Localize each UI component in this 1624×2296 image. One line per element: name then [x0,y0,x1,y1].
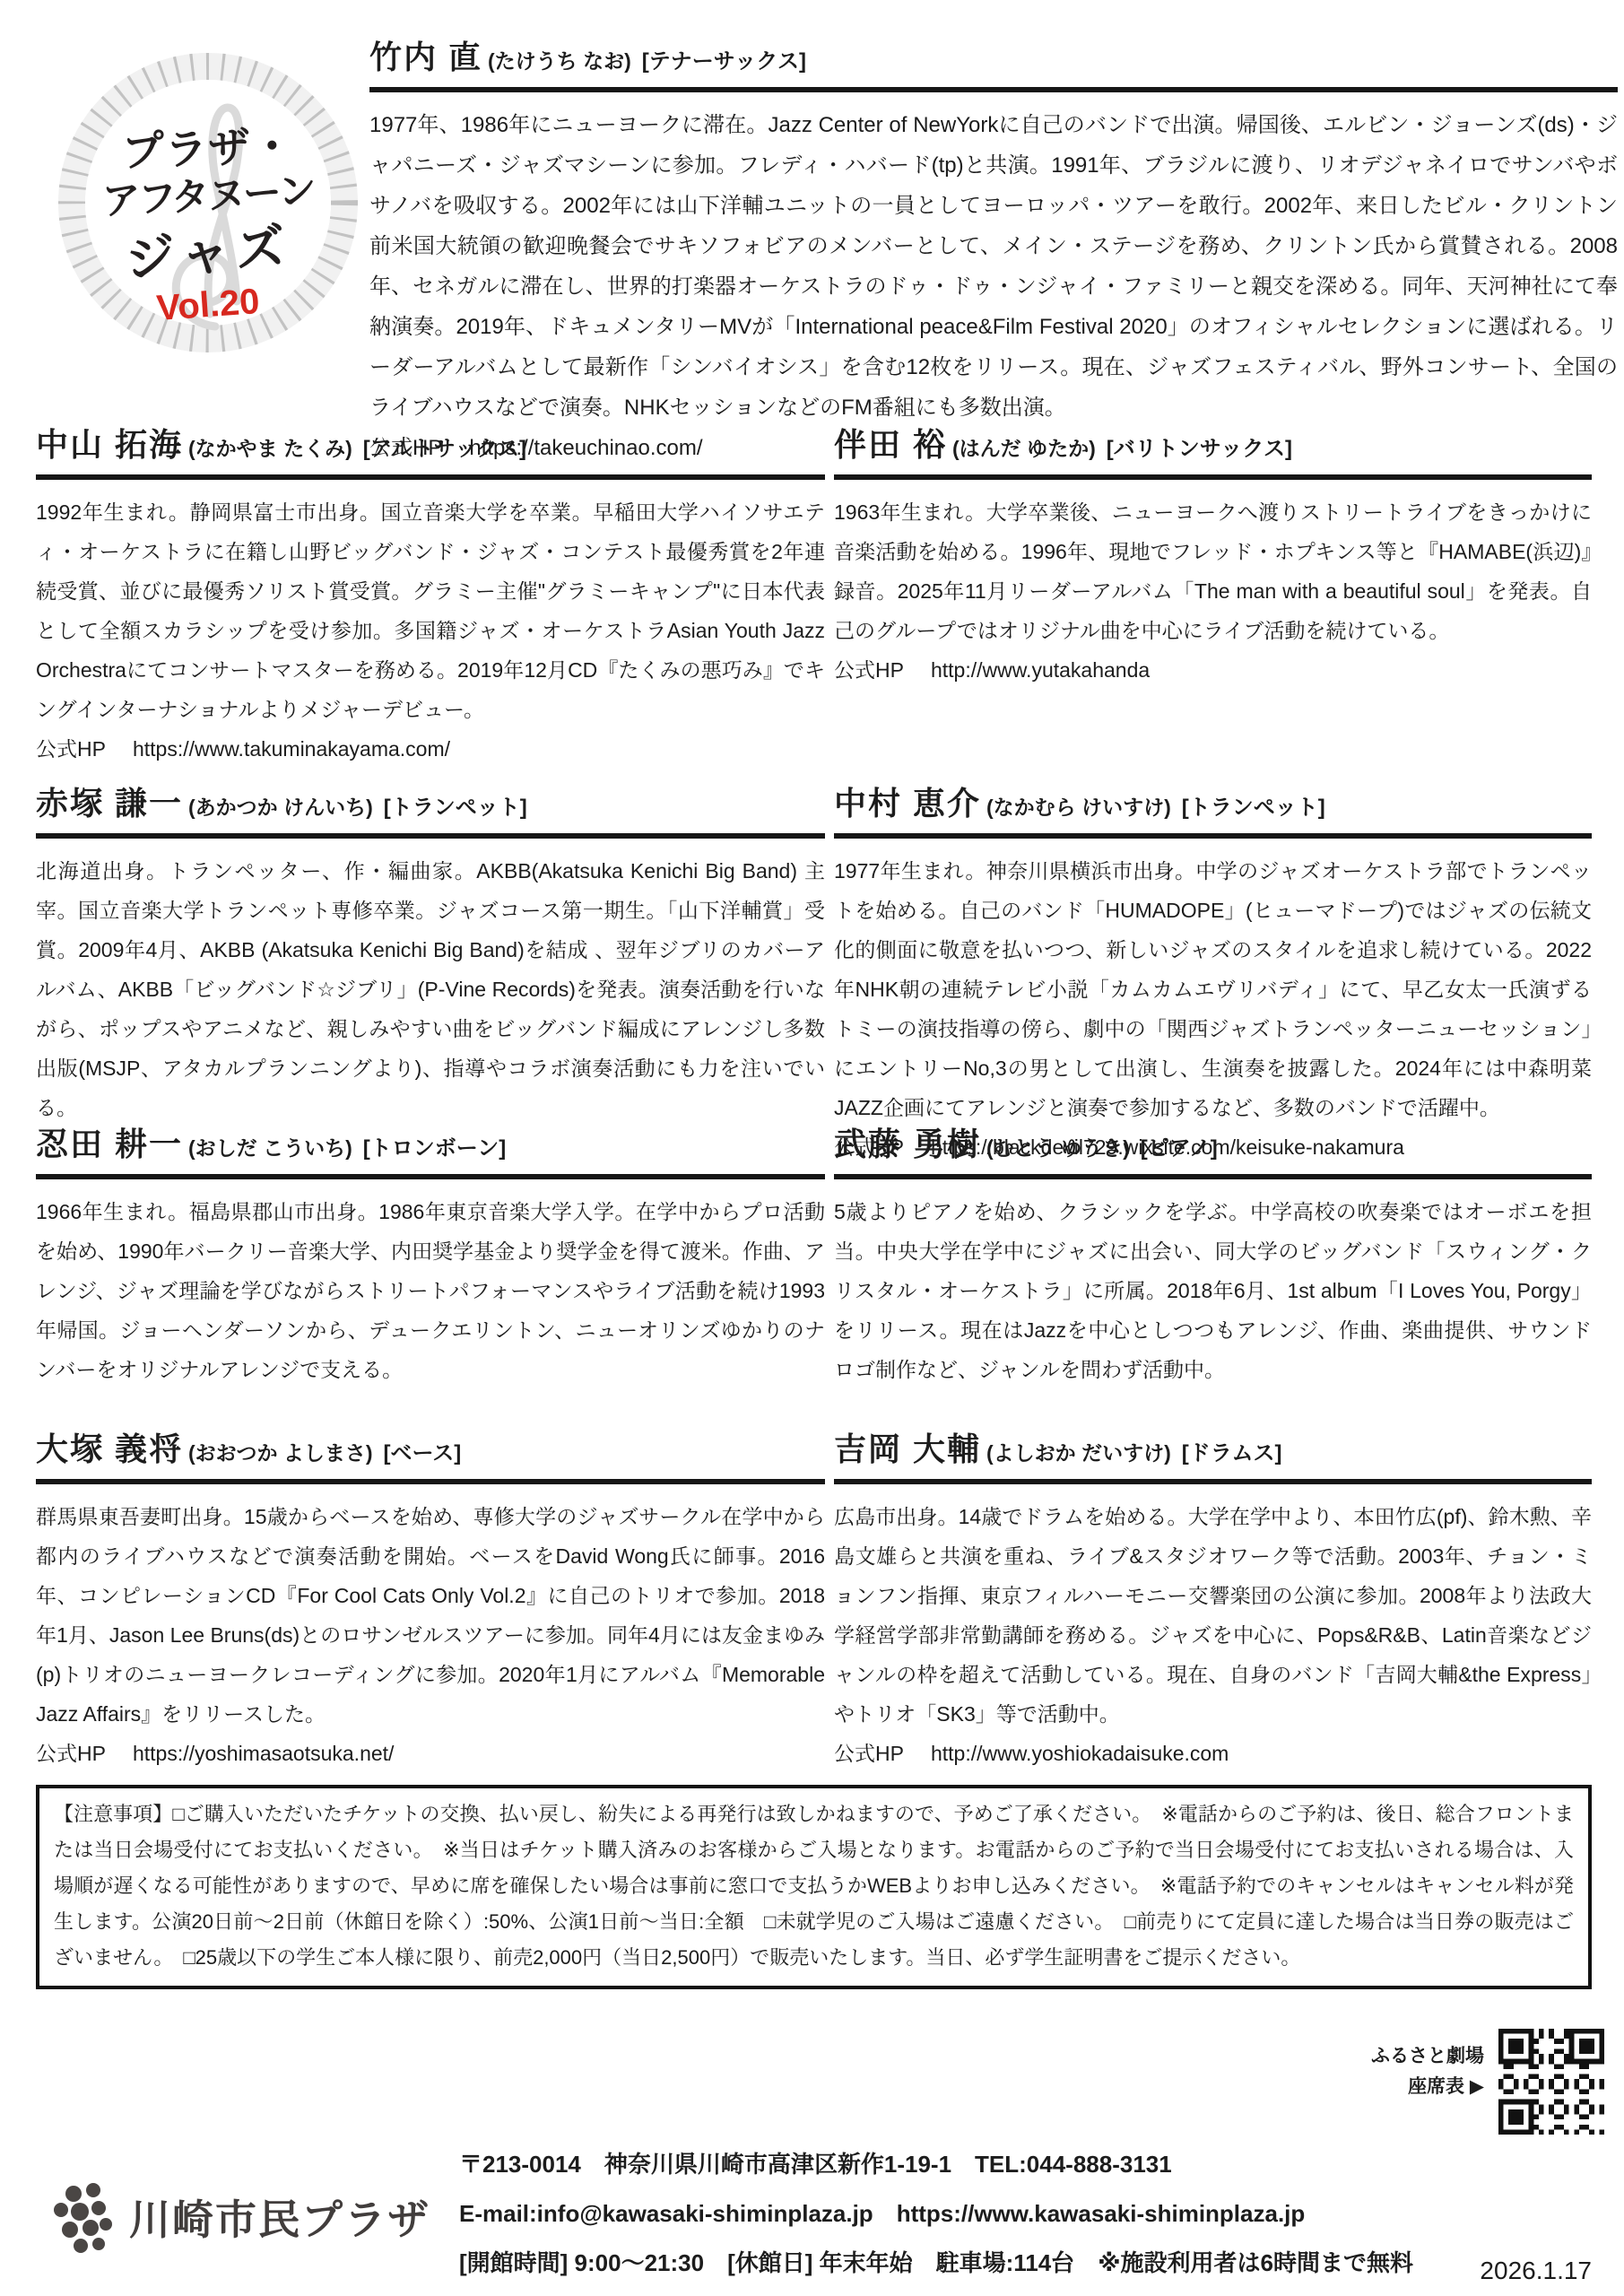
musician-reading: (なかやま たくみ) [188,432,352,462]
venue-name: 川崎市民プラザ [129,2187,430,2247]
venue-hours: [開館時間] 9:00～21:30 [休館日] 年末年始 駐車場:114台 ※施… [459,2239,1413,2288]
event-logo: プラザ・ アフタヌーン ジャズ Vol.20 [57,52,359,353]
profile-otsuka: 大塚 義将 (おおつか よしまさ) [ベース] 群馬県東吾妻町出身。15歳からベ… [36,1424,825,1773]
musician-name: 赤塚 謙一 [36,778,183,824]
venue-contact[interactable]: E-mail:info@kawasaki-shiminplaza.jp http… [459,2189,1413,2239]
notice-text: 【注意事項】□ご購入いただいたチケットの交換、払い戻し、紛失による再発行は致しか… [54,1796,1574,1976]
profile-nakamura: 中村 恵介 (なかむら けいすけ) [トランペット] 1977年生まれ。神奈川県… [834,778,1592,1119]
musician-instrument: [トランペット] [384,789,527,821]
musician-bio: 1992年生まれ。静岡県富士市出身。国立音楽大学を卒業。早稲田大学ハイソサエティ… [36,492,825,729]
official-site-url[interactable]: https://www.takuminakayama.com/ [133,737,450,761]
profile-header: 武藤 勇樹 (むとう ゆうき) [ピアノ] [834,1119,1592,1179]
profile-nakayama: 中山 拓海 (なかやま たくみ) [アルトサックス] 1992年生まれ。静岡県富… [36,420,825,778]
profile-takeuchi: 竹内 直 (たけうち なお) [テナーサックス] 1977年、1986年にニュー… [369,32,1618,468]
musician-name: 伴田 裕 [834,420,947,465]
profile-header: 大塚 義将 (おおつか よしまさ) [ベース] [36,1424,825,1484]
dot-cluster-icon [50,2179,115,2255]
profile-header: 伴田 裕 (はんだ ゆたか) [バリトンサックス] [834,420,1592,480]
official-site-row: 公式HPhttp://www.yutakahanda [834,650,1592,690]
profile-handa: 伴田 裕 (はんだ ゆたか) [バリトンサックス] 1963年生まれ。大学卒業後… [834,420,1592,778]
musician-instrument: [ドラムス] [1182,1435,1282,1466]
musician-name: 武藤 勇樹 [834,1119,981,1165]
profile-akatsuka: 赤塚 謙一 (あかつか けんいち) [トランペット] 北海道出身。トランペッター… [36,778,825,1119]
profile-header: 吉岡 大輔 (よしおか だいすけ) [ドラムス] [834,1424,1592,1484]
qr-code-icon [1498,2029,1604,2135]
profile-header: 中山 拓海 (なかやま たくみ) [アルトサックス] [36,420,825,480]
official-site-label: 公式HP [36,737,106,761]
venue-logo: 川崎市民プラザ [50,2179,430,2255]
print-date: 2026.1.17 [1480,2257,1592,2285]
musician-bio: 1977年生まれ。神奈川県横浜市出身。中学のジャズオーケストラ部でトランペットを… [834,851,1592,1127]
musician-bio: 北海道出身。トランペッター、作・編曲家。AKBB(Akatsuka Kenich… [36,851,825,1127]
musician-name: 竹内 直 [369,32,482,78]
musician-instrument: [アルトサックス] [363,430,526,462]
qr-block: ふるさと劇場 座席表 ▶ [1371,2029,1604,2135]
musician-instrument: [ピアノ] [1141,1130,1218,1161]
profile-header: 中村 恵介 (なかむら けいすけ) [トランペット] [834,778,1592,839]
official-site-row: 公式HPhttps://yoshimasaotsuka.net/ [36,1734,825,1773]
musician-reading: (はんだ ゆたか) [952,432,1096,462]
musician-name: 大塚 義将 [36,1424,183,1470]
notice-box: 【注意事項】□ご購入いただいたチケットの交換、払い戻し、紛失による再発行は致しか… [36,1785,1592,1989]
profile-muto: 武藤 勇樹 (むとう ゆうき) [ピアノ] 5歳よりピアノを始め、クラシックを学… [834,1119,1592,1424]
official-site-row: 公式HPhttps://www.takuminakayama.com/ [36,729,825,769]
musician-name: 中山 拓海 [36,420,183,465]
musician-bio: 1966年生まれ。福島県郡山市出身。1986年東京音楽大学入学。在学中からプロ活… [36,1192,825,1389]
musician-instrument: [バリトンサックス] [1107,430,1292,462]
venue-info: 〒213-0014 神奈川県川崎市高津区新作1-19-1 TEL:044-888… [459,2140,1413,2288]
qr-label: ふるさと劇場 座席表 ▶ [1371,2041,1484,2102]
official-site-row: 公式HPhttp://www.yoshiokadaisuke.com [834,1734,1592,1773]
musician-instrument: [ベース] [384,1435,462,1466]
musician-reading: (あかつか けんいち) [188,791,373,821]
musician-bio: 5歳よりピアノを始め、クラシックを学ぶ。中学高校の吹奏楽ではオーボエを担当。中央… [834,1192,1592,1389]
profile-yoshioka: 吉岡 大輔 (よしおか だいすけ) [ドラムス] 広島市出身。14歳でドラムを始… [834,1424,1592,1773]
official-site-label: 公式HP [834,1742,904,1765]
musician-name: 吉岡 大輔 [834,1424,981,1470]
profile-header: 赤塚 謙一 (あかつか けんいち) [トランペット] [36,778,825,839]
profile-header: 竹内 直 (たけうち なお) [テナーサックス] [369,32,1618,92]
profile-header: 忍田 耕一 (おしだ こういち) [トロンボーン] [36,1119,825,1179]
musician-bio: 広島市出身。14歳でドラムを始める。大学在学中より、本田竹広(pf)、鈴木勲、辛… [834,1497,1592,1734]
venue-address: 〒213-0014 神奈川県川崎市高津区新作1-19-1 TEL:044-888… [459,2140,1413,2189]
profile-oshida: 忍田 耕一 (おしだ こういち) [トロンボーン] 1966年生まれ。福島県郡山… [36,1119,825,1424]
official-site-url[interactable]: https://yoshimasaotsuka.net/ [133,1742,395,1765]
musician-reading: (よしおか だいすけ) [986,1437,1171,1466]
musician-instrument: [テナーサックス] [642,43,806,74]
musician-name: 忍田 耕一 [36,1119,183,1165]
musician-reading: (たけうち なお) [488,45,631,74]
profiles-grid: 中山 拓海 (なかやま たくみ) [アルトサックス] 1992年生まれ。静岡県富… [36,420,1592,1773]
musician-instrument: [トロンボーン] [363,1130,507,1161]
musician-reading: (むとう ゆうき) [986,1132,1130,1161]
musician-bio: 1977年、1986年にニューヨークに滞在。Jazz Center of New… [369,105,1618,428]
musician-reading: (おしだ こういち) [188,1132,352,1161]
musician-bio: 群馬県東吾妻町出身。15歳からベースを始め、専修大学のジャズサークル在学中から都… [36,1497,825,1734]
official-site-url[interactable]: http://www.yutakahanda [931,658,1150,682]
musician-name: 中村 恵介 [834,778,981,824]
musician-reading: (おおつか よしまさ) [188,1437,372,1466]
official-site-label: 公式HP [834,658,904,682]
musician-reading: (なかむら けいすけ) [986,791,1171,821]
musician-bio: 1963年生まれ。大学卒業後、ニューヨークへ渡りストリートライブをきっかけに音楽… [834,492,1592,650]
musician-instrument: [トランペット] [1182,789,1325,821]
official-site-url[interactable]: http://www.yoshiokadaisuke.com [931,1742,1229,1765]
official-site-label: 公式HP [36,1742,106,1765]
